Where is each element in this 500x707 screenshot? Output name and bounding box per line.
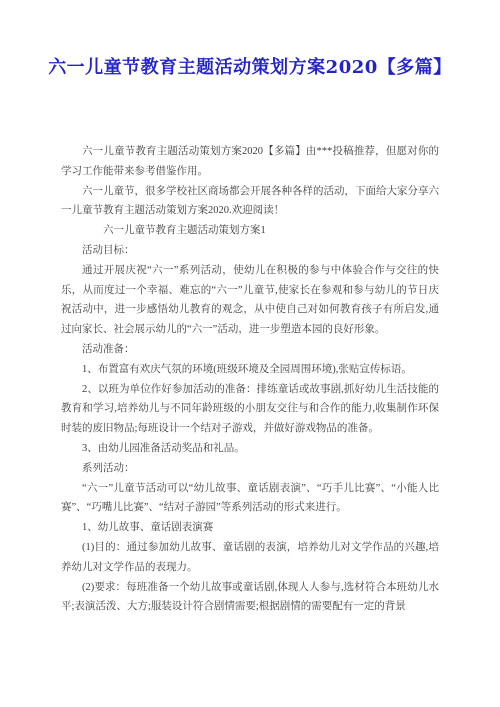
paragraph-contest-purpose: (1)目的：通过参加幼儿故事、童话剧的表演，培养幼儿对文学作品的兴趣,培养幼儿对… [61,538,439,578]
paragraph-preparation-item-3: 3、由幼儿园准备活动奖品和礼品。 [61,439,439,459]
paragraph-preparation-item-2: 2、以班为单位作好参加活动的准备：排练童话或故事剧,抓好幼儿生活技能的教育和学习… [61,380,439,439]
paragraph-preparation-item-1: 1、布置富有欢庆气氛的环境(班级环境及全园周围环境),张贴宣传标语。 [61,360,439,380]
document-body: 六一儿童节教育主题活动策划方案2020【多篇】由***投稿推荐，但愿对你的学习工… [61,142,439,617]
paragraph-activity-goals: 通过开展庆祝“六一”系列活动，使幼儿在积极的参与中体验合作与交往的快乐，从而度过… [61,261,439,340]
subtitle-plan-1: 六一儿童节教育主题活动策划方案1 [61,221,439,241]
document-page: 六一儿童节教育主题活动策划方案2020【多篇】 六一儿童节教育主题活动策划方案2… [0,0,500,707]
heading-series-activities: 系列活动： [61,459,439,479]
heading-activity-goals: 活动目标： [61,241,439,261]
paragraph-contest-requirements: (2)要求：每班准备一个幼儿故事或童话剧,体现人人参与,选材符合本班幼儿水平;表… [61,578,439,618]
subtitle-story-performance-contest: 1、幼儿故事、童话剧表演赛 [61,518,439,538]
paragraph-source-note: 六一儿童节教育主题活动策划方案2020【多篇】由***投稿推荐，但愿对你的学习工… [61,142,439,182]
paragraph-series-activities-overview: “六一”儿童节活动可以“幼儿故事、童话剧表演”、“巧手儿比赛”、“小能人比赛”、… [61,479,439,519]
paragraph-intro: 六一儿童节，很多学校社区商场都会开展各种各样的活动，下面给大家分享六一儿童节教育… [61,182,439,222]
heading-activity-preparation: 活动准备： [61,340,439,360]
document-title: 六一儿童节教育主题活动策划方案2020【多篇】 [0,55,500,81]
